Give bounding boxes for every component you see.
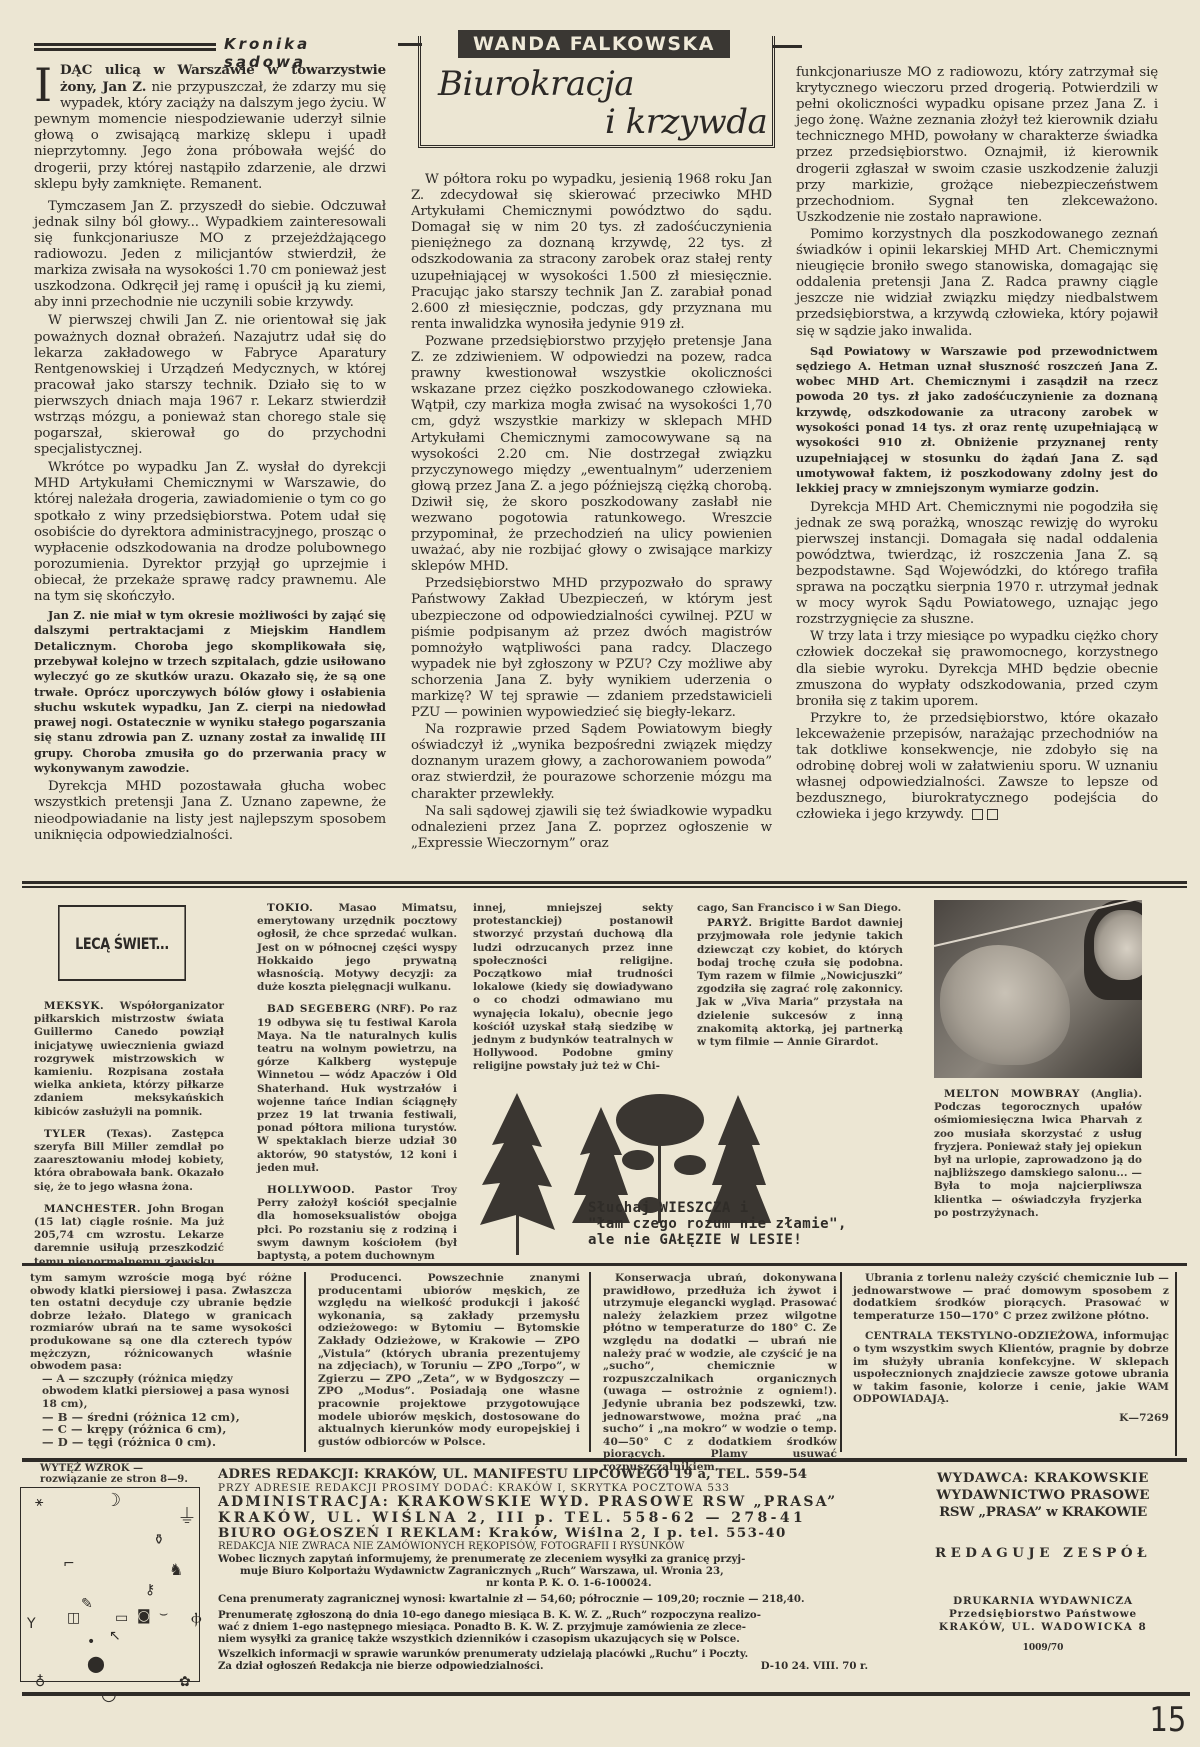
imprint-line: Prenumeratę zgłoszoną do dnia 10-ego dan…	[218, 1609, 874, 1621]
slogan-line: "łam czego rozum nie złamie",	[588, 1216, 847, 1232]
publisher-line: WYDAWNICTWO PRASOWE	[905, 1487, 1181, 1504]
article-paragraph: W trzy lata i trzy miesiące po wypadku c…	[796, 629, 1158, 709]
imprint-line: Wszelkich informacji w sprawie warunków …	[218, 1648, 874, 1660]
article-paragraph: Pomimo korzystnych dla poszkodowanego ze…	[796, 227, 1158, 340]
ad-paragraph: Ubrania z torlenu należy czyścić chemicz…	[853, 1272, 1169, 1322]
ad-paragraph: CENTRALA TEKSTYLNO-ODZIEŻOWA, informując…	[853, 1330, 1169, 1406]
slogan-line: ale nie GAŁĘZIE W LESIE!	[588, 1232, 847, 1248]
news-item: HOLLYWOOD. Pastor Troy Perry założył koś…	[257, 1184, 457, 1263]
imprint-line: BIURO OGŁOSZEŃ I REKLAM: Kraków, Wiślna …	[218, 1526, 874, 1541]
printer-line: Przedsiębiorstwo Państwowe	[905, 1608, 1181, 1620]
imprint-line: nr konta P. K. O. 1-6-100024.	[218, 1577, 874, 1589]
issue-date: D-10 24. VIII. 70 r.	[761, 1660, 868, 1672]
moon-icon: ☽	[105, 1490, 121, 1511]
ad-paragraph: Konserwacja ubrań, dokonywana prawidłowo…	[603, 1272, 837, 1474]
imprint-line: muje Biuro Kolportażu Wydawnictw Zagrani…	[218, 1565, 874, 1577]
clothing-ad-column-4: Ubrania z torlenu należy czyścić chemicz…	[853, 1272, 1169, 1425]
news-column-5: MELTON MOWBRAY (Anglia). Podczas tegoroc…	[934, 1088, 1142, 1229]
imprint-line: ADRES REDAKCJI: KRAKÓW, UL. MANIFESTU LI…	[218, 1468, 874, 1482]
section-divider	[22, 886, 1187, 888]
article-paragraph-small: Sąd Powiatowy w Warszawie pod przewodnic…	[796, 344, 1158, 497]
end-mark-icon	[972, 809, 983, 820]
news-item: TOKIO. Masao Mimatsu, emerytowany urzędn…	[257, 902, 457, 994]
imprint-line: wać z dniem 1-ego następnego miesiąca. P…	[218, 1621, 874, 1633]
boot-icon: ♞	[169, 1560, 183, 1579]
puzzle-solution-box: ⚹ ☽ ⏚ ⚱ ⌐ ♞ ⚷ ✎ ◫ ▭ ◙ ⌣ Y Ⲫ ↖ • ⬤ ♁ ✿ ◡	[20, 1487, 200, 1682]
article-paragraph: Przykre to, że przedsiębiorstwo, które o…	[796, 711, 1158, 824]
news-item: PARYŻ. Brigitte Bardot dawniej przyjmowa…	[697, 917, 903, 1049]
news-item: MELTON MOWBRAY (Anglia). Podczas tegoroc…	[934, 1088, 1142, 1220]
article-paragraph: W półtora roku po wypadku, jesienią 1968…	[411, 172, 772, 333]
column-divider	[1175, 1272, 1177, 1456]
article-paragraph: Dyrekcja MHD Art. Chemicznymi nie pogodz…	[796, 500, 1158, 629]
section-divider	[22, 1458, 1187, 1462]
column-divider	[840, 1272, 842, 1452]
world-news-heading: LECĄ ŚWIET...	[58, 905, 186, 981]
clothing-ad-column-2: Producenci. Powszechnie znanymi producen…	[318, 1272, 580, 1448]
news-item: TYLER (Texas). Zastępca szeryfa Bill Mil…	[34, 1128, 224, 1194]
news-column-1: MEKSYK. Współorganizator piłkarskich mis…	[34, 1000, 224, 1278]
article-paragraph: Dyrekcja MHD pozostawała głucha wobec ws…	[34, 779, 386, 843]
pen-icon: ✎	[81, 1596, 93, 1612]
lampshade-icon: ⏚	[177, 1500, 197, 1529]
flower-icon: ✿	[179, 1674, 191, 1690]
imprint-line: Za dział ogłoszeń Redakcja nie bierze od…	[218, 1660, 544, 1672]
key-icon: ⚷	[145, 1582, 155, 1598]
clothing-ad-column-3: Konserwacja ubrań, dokonywana prawidłowo…	[603, 1272, 837, 1474]
imprint-line: ADMINISTRACJA: KRAKOWSKIE WYD. PRASOWE R…	[218, 1494, 874, 1510]
news-column-2: TOKIO. Masao Mimatsu, emerytowany urzędn…	[257, 902, 457, 1272]
imprint-line: PRZY ADRESIE REDAKCJI PROSIMY DODAĆ: KRA…	[218, 1482, 874, 1494]
section-divider	[22, 881, 1187, 884]
ad-paragraph: tym samym wzroście mogą być różne obwody…	[30, 1272, 292, 1373]
arrow-icon: ↖	[109, 1628, 121, 1644]
glyph-icon: •	[87, 1634, 95, 1650]
news-item: MEKSYK. Współorganizator piłkarskich mis…	[34, 1000, 224, 1119]
column-divider	[589, 1272, 591, 1452]
article-column-3: funkcjonariusze MO z radiowozu, który za…	[796, 65, 1158, 823]
size-type-list: — A — szczupły (różnica między obwodem k…	[30, 1373, 292, 1449]
page-number: 15	[1149, 1700, 1186, 1740]
header-rule	[34, 43, 216, 46]
article-column-2: W półtora roku po wypadku, jesienią 1968…	[411, 172, 772, 852]
article-paragraph: Tymczasem Jan Z. przyszedł do siebie. Od…	[34, 199, 386, 312]
article-title-line2: i krzywda	[605, 102, 767, 142]
print-number: 1009/70	[905, 1643, 1181, 1653]
imprint-block: ADRES REDAKCJI: KRAKÓW, UL. MANIFESTU LI…	[218, 1468, 874, 1672]
ad-code: K—7269	[853, 1412, 1169, 1425]
slogan-line: Słuchaj WIESZCZA i	[588, 1200, 847, 1216]
header-rule	[34, 48, 216, 51]
drop-cap: I	[34, 66, 52, 104]
size-type: — D — tęgi (różnica 0 cm).	[42, 1436, 292, 1449]
news-item-continued: innej, mniejszej sekty protestanckiej) p…	[473, 902, 673, 1074]
imprint-line: Cena prenumeraty zagranicznej wynosi: kw…	[218, 1593, 874, 1605]
spoon-icon: Ⲫ	[191, 1612, 202, 1628]
slingshot-icon: Y	[27, 1616, 36, 1632]
publisher-line: WYDAWCA: KRAKOWSKIE	[905, 1470, 1181, 1487]
dish-icon: ⌣	[159, 1606, 168, 1622]
column-divider	[304, 1272, 306, 1452]
glyph-icon: ⚹	[35, 1494, 43, 1510]
vase-icon: ⬤	[87, 1654, 105, 1673]
article-paragraph: Na rozprawie przed Sądem Powiatowym bieg…	[411, 722, 772, 802]
end-mark-icon	[987, 809, 998, 820]
bottom-divider	[22, 1692, 1190, 1696]
editor-line: REDAGUJE ZESPÓŁ	[905, 1545, 1181, 1561]
article-title-line1: Biurokracja	[438, 64, 634, 104]
article-paragraph: funkcjonariusze MO z radiowozu, który za…	[796, 65, 1158, 226]
glyph-icon: ▭	[115, 1610, 128, 1626]
news-item: BAD SEGEBERG (NRF). Po raz 19 odbywa się…	[257, 1003, 457, 1175]
title-rule-right	[772, 45, 802, 48]
article-column-1: IDĄC ulicą w Warszawie w towarzystwie żo…	[34, 62, 386, 844]
bag-icon: ◙	[137, 1608, 151, 1624]
title-rule-left	[398, 43, 422, 46]
news-item-continued: cago, San Francisco i w San Diego.	[697, 902, 903, 915]
article-paragraph-small: Jan Z. nie miał w tym okresie możliwości…	[34, 608, 386, 776]
glyph-icon: ♁	[35, 1674, 45, 1690]
ad-paragraph: Producenci. Powszechnie znanymi producen…	[318, 1272, 580, 1448]
printer-line: KRAKÓW, UL. WADOWICKA 8	[905, 1621, 1181, 1633]
article-paragraph: Przedsiębiorstwo MHD przypozwało do spra…	[411, 576, 772, 721]
article-paragraph: IDĄC ulicą w Warszawie w towarzystwie żo…	[34, 62, 386, 193]
imprint-line: Wobec licznych zapytań informujemy, że p…	[218, 1553, 874, 1565]
author-name: WANDA FALKOWSKA	[458, 30, 730, 58]
clothing-ad-column-1: tym samym wzroście mogą być różne obwody…	[30, 1272, 292, 1448]
news-column-4: cago, San Francisco i w San Diego. PARYŻ…	[697, 902, 903, 1058]
puzzle-caption: WYTĘŻ WZROK — rozwiązanie ze stron 8—9.	[40, 1463, 205, 1485]
lioness-photo	[934, 900, 1142, 1078]
section-header: Kronika sądowa	[34, 38, 394, 58]
article-paragraph: Pozwane przedsiębiorstwo przyjęło preten…	[411, 334, 772, 575]
article-paragraph: W pierwszej chwili Jan Z. nie orientował…	[34, 313, 386, 458]
publisher-line: RSW „PRASA” w KRAKOWIE	[905, 1504, 1181, 1521]
article-paragraph: Wkrótce po wypadku Jan Z. wysłał do dyre…	[34, 460, 386, 605]
article-paragraph: Na sali sądowej zjawili się też świadkow…	[411, 804, 772, 852]
size-type: — A — szczupły (różnica między obwodem k…	[42, 1373, 292, 1411]
news-item: MANCHESTER. John Brogan (15 lat) ciągle …	[34, 1203, 224, 1269]
forest-slogan: Słuchaj WIESZCZA i "łam czego rozum nie …	[588, 1200, 847, 1248]
news-column-3: innej, mniejszej sekty protestanckiej) p…	[473, 902, 673, 1083]
section-divider	[22, 1263, 1187, 1266]
imprint-line: niem wysyłki za granicę także wszystkich…	[218, 1633, 874, 1645]
imprint-line: REDAKCJA NIE ZWRACA NIE ZAMÓWIONYCH RĘKO…	[218, 1541, 874, 1553]
glyph-icon: ⌐	[63, 1556, 75, 1572]
printer-line: DRUKARNIA WYDAWNICZA	[905, 1595, 1181, 1607]
publisher-block: WYDAWCA: KRAKOWSKIE WYDAWNICTWO PRASOWE …	[905, 1470, 1181, 1653]
bottle-icon: ⚱	[153, 1532, 165, 1548]
imprint-line: KRAKÓW, UL. WIŚLNA 2, III p. TEL. 558-62…	[218, 1510, 874, 1526]
glyph-icon: ◫	[67, 1610, 80, 1626]
